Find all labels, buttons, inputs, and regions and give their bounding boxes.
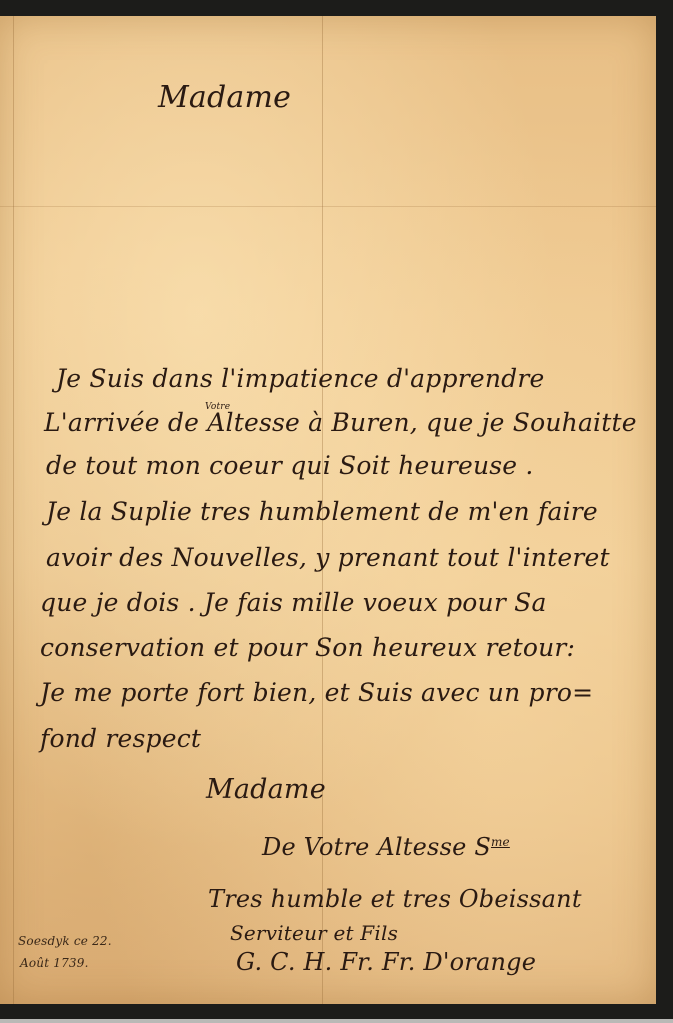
closing-line-1-text: De Votre Altesse S bbox=[262, 833, 491, 861]
fold-line-left bbox=[13, 16, 14, 1004]
closing-line-1: De Votre Altesse Sme bbox=[262, 833, 510, 861]
fold-line-horizontal bbox=[0, 206, 656, 207]
body-line-3: de tout mon coeur qui Soit heureuse . bbox=[46, 451, 534, 480]
letter-paper: Madame Je Suis dans l'impatience d'appre… bbox=[0, 16, 656, 1004]
body-line-1: Je Suis dans l'impatience d'apprendre bbox=[56, 364, 545, 393]
closing-superscript: me bbox=[491, 835, 510, 849]
margin-note-date: Août 1739. bbox=[20, 956, 89, 970]
body-line-6: que je dois . Je fais mille voeux pour S… bbox=[40, 588, 547, 617]
closing-line-3: Serviteur et Fils bbox=[230, 921, 398, 945]
margin-note-place: Soesdyk ce 22. bbox=[18, 934, 112, 948]
signature: G. C. H. Fr. Fr. D'orange bbox=[236, 948, 536, 976]
closing-line-2: Tres humble et tres Obeissant bbox=[208, 885, 582, 913]
interlinear-insertion: Votre bbox=[205, 402, 230, 412]
salutation: Madame bbox=[158, 80, 291, 115]
body-line-5: avoir des Nouvelles, y prenant tout l'in… bbox=[46, 543, 610, 572]
body-line-7: conservation et pour Son heureux retour: bbox=[40, 633, 575, 662]
bottom-strip bbox=[0, 1019, 673, 1023]
body-line-8: Je me porte fort bien, et Suis avec un p… bbox=[40, 678, 593, 707]
closing-salutation: Madame bbox=[206, 774, 326, 805]
body-line-4: Je la Suplie tres humblement de m'en fai… bbox=[46, 497, 598, 526]
body-line-9: fond respect bbox=[40, 724, 201, 753]
body-line-2: L'arrivée de Altesse à Buren, que je Sou… bbox=[44, 408, 637, 437]
